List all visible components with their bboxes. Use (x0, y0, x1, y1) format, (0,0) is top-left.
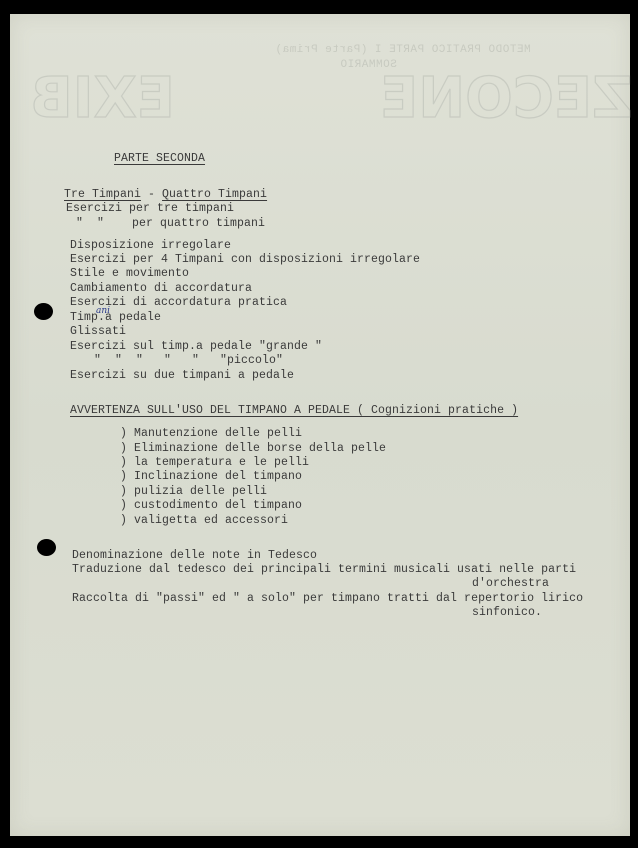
section4-item: Raccolta di "passi" ed " a solo" per tim… (72, 592, 583, 606)
page-heading: PARTE SECONDA (114, 152, 205, 166)
section2-item: " " " " " "piccolo" (80, 354, 283, 368)
section3-item: ) pulizia delle pelli (120, 485, 267, 499)
section3-item: ) la temperatura e le pelli (120, 456, 309, 470)
section4-item: Traduzione dal tedesco dei principali te… (72, 563, 576, 577)
section4-item: d'orchestra (472, 577, 549, 591)
section1-item: Esercizi per tre timpani (66, 202, 234, 216)
section2-item: Glissati (70, 325, 126, 339)
section1-item: " " per quattro timpani (76, 217, 265, 231)
bleed-through-logo-right: ZECONE (380, 66, 633, 131)
section3-item: ) Eliminazione delle borse della pelle (120, 442, 386, 456)
section3-item: ) Inclinazione del timpano (120, 470, 302, 484)
section3-item: ) valigetta ed accessori (120, 514, 288, 528)
punch-hole (34, 303, 53, 320)
section2-item: Esercizi per 4 Timpani con disposizioni … (70, 253, 420, 267)
section2-item: Cambiamento di accordatura (70, 282, 252, 296)
section3-title: AVVERTENZA SULL'USO DEL TIMPANO A PEDALE… (70, 404, 518, 418)
section3-item: ) Manutenzione delle pelli (120, 427, 302, 441)
section2-item: Disposizione irregolare (70, 239, 231, 253)
section2-item: Esercizi sul timp.a pedale "grande " (70, 340, 322, 354)
bleed-through-header: METODO PRATICO PARTE I (Parte Prima) (275, 44, 531, 56)
section2-item: Stile e movimento (70, 267, 189, 281)
section3-item: ) custodimento del timpano (120, 499, 302, 513)
punch-hole (37, 539, 56, 556)
section2-item: Timp.a pedale (70, 311, 161, 325)
section2-item: Esercizi su due timpani a pedale (70, 369, 294, 383)
bleed-through-logo-left: EXIB (30, 66, 175, 131)
section4-item: Denominazione delle note in Tedesco (72, 549, 317, 563)
document-page: METODO PRATICO PARTE I (Parte Prima) SOM… (10, 14, 630, 836)
section1-title: Tre Timpani - Quattro Timpani (64, 188, 267, 202)
section4-item: sinfonico. (472, 606, 542, 620)
